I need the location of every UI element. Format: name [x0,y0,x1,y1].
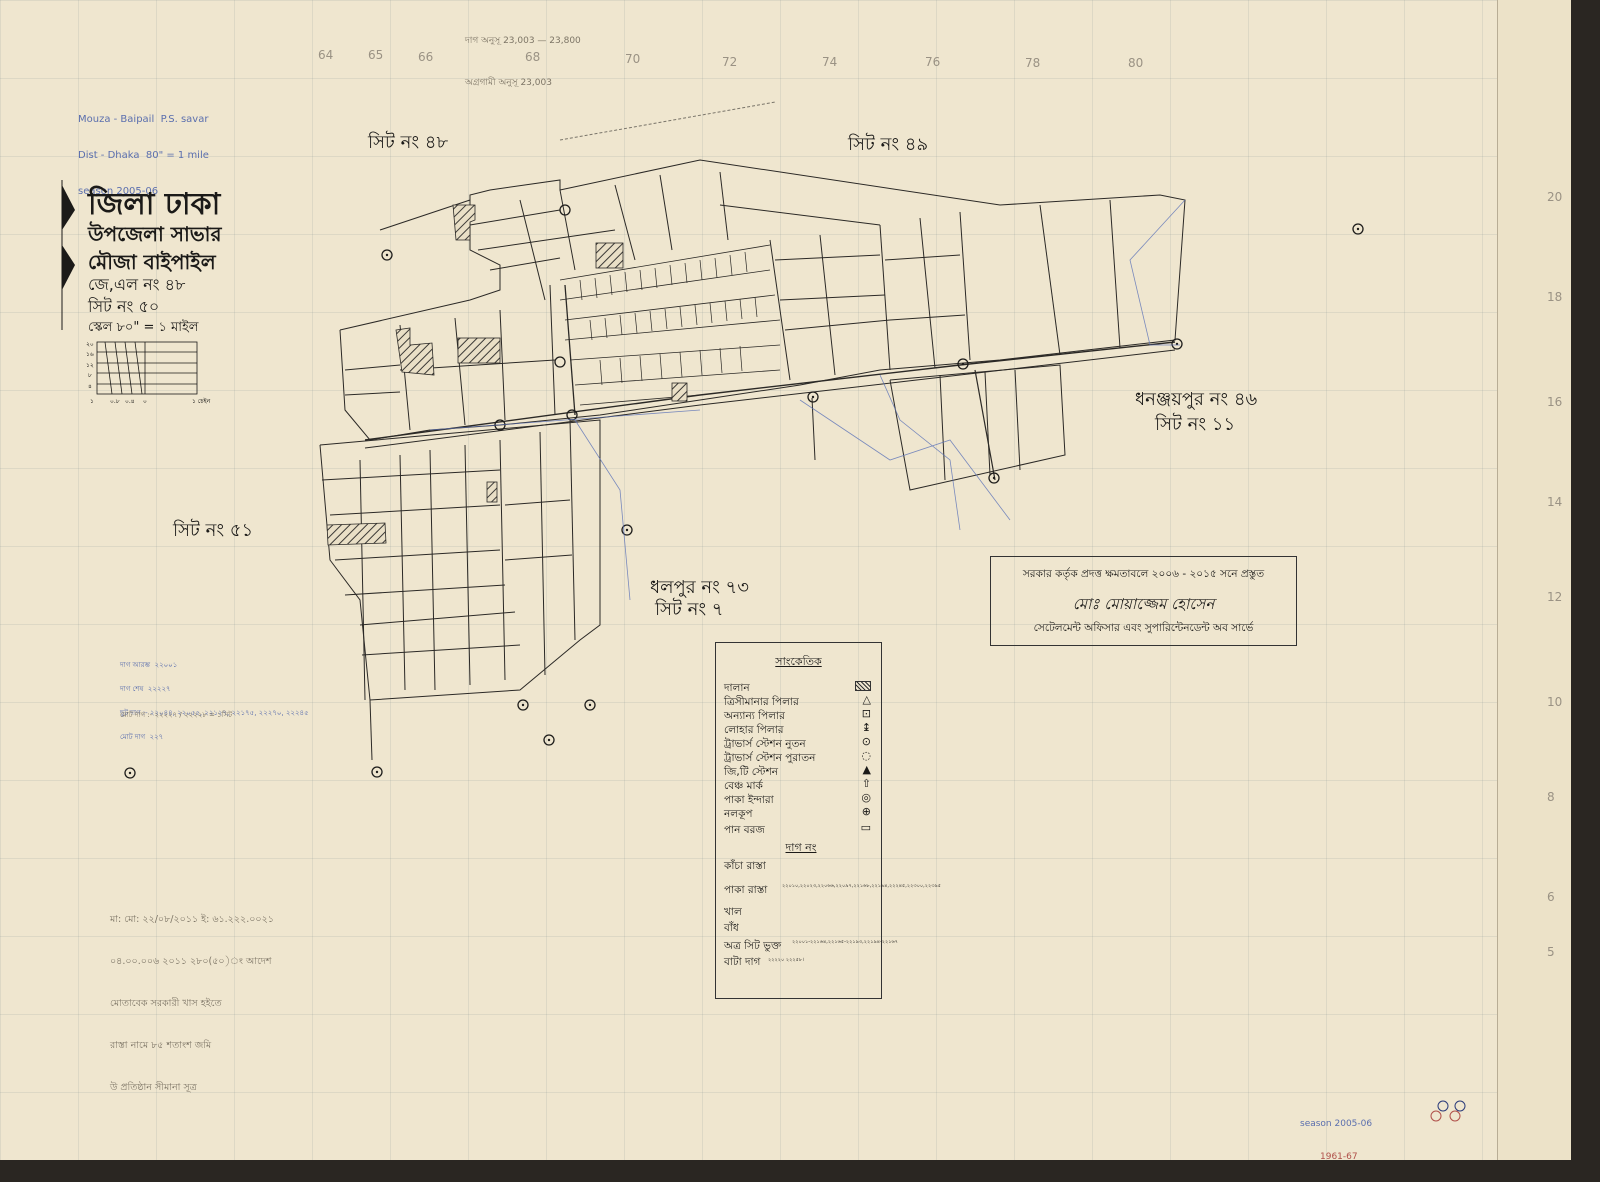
plot-number-header: দাগ নং [756,839,846,858]
hatched-building-icon [855,681,871,691]
sheet-number: সিট নং ৫০ [88,294,159,321]
season-text: season 2005-06 [1300,1119,1372,1130]
top-pencil-notes: দাগ অনুসূ 23,003 — 23,800 অগ্রগামী অনুসূ… [465,6,581,118]
plot-summary-notes: দাগ আরম্ভ ২২০০১ দাগ শেষ ২২২২৭ ছুট দাগ :-… [120,645,309,757]
bata-dag-plots: ২২২২০ ২২২৫৮। [768,957,828,964]
scale-x-tick: ০ [143,396,147,407]
year-range-text: 1961-67 [1300,1152,1372,1163]
map-scale: স্কেল ৮০" = ১ মাইল [88,318,199,339]
certificate-box: সরকার কর্তৃক প্রদত্ত ক্ষমতাবলে ২০০৬ - ২০… [990,556,1297,646]
note-line: উ প্রতিষ্ঠান সীমানা সূত্র [110,1081,274,1095]
note-line: মোতাবেক সরকারী খাস হইতে [110,997,274,1011]
note-line: রাস্তা নামে ৮৫ শতাংশ জমি [110,1039,274,1053]
annotation-line: Dist - Dhaka 80" = 1 mile [78,150,209,162]
grid-tick: 74 [822,55,837,69]
note-line: দাগ শেষ ২২২২৭ [120,685,309,693]
scale-x-tick: ১ [90,396,94,407]
pucca-road-plots: ২২০১০,২২০২৩,২২০৬৬,২২০৯৭,২২১৬৮,২২১৯৪,২২২৪… [782,883,877,890]
grid-tick: 72 [722,55,737,69]
triangle-icon: △ [863,693,871,706]
note-line: মা: মো: ২২/০৮/২০১১ ই: ৬১.২২২.০০২১ [110,913,274,927]
grid-tick: 6 [1547,890,1555,904]
season-stamp: season 2005-06 1961-67 [1300,1097,1372,1182]
grid-tick: 5 [1547,945,1555,959]
legend-item-canal: খাল [724,905,742,922]
grid-tick: 80 [1128,56,1143,70]
filled-triangle-icon: ▲ [863,763,871,776]
legend-item-bata-dag: বাটা দাগ [724,955,760,972]
pencil-note: অগ্রগামী অনুসূ 23,003 [465,76,581,90]
bench-mark-icon: ⇧ [862,777,871,790]
grid-tick: 78 [1025,56,1040,70]
this-sheet-plots: ২২০০১-২২১৬৪,২২১৬৫-২২১৯৩,২২১৯৪-২২১৬৭ [792,939,877,946]
certificate-line1: সরকার কর্তৃক প্রদত্ত ক্ষমতাবলে ২০০৬ - ২০… [991,567,1296,584]
adjacent-mouza-dhanjoypur-sheet: সিট নং ১১ [1155,410,1235,441]
legend-item-tubewell: নলকূপ [724,807,753,824]
circle-cross-icon: ⊕ [862,805,871,818]
grid-tick: 70 [625,52,640,66]
adjacent-sheet-49: সিট নং ৪৯ [848,130,928,161]
adjacent-sheet-48: সিট নং ৪৮ [368,128,448,159]
double-circle-icon: ◎ [861,791,871,804]
circle-dot-icon: ⊙ [862,735,871,748]
grid-tick: 65 [368,48,383,62]
dotted-square-icon: ⊡ [862,707,871,720]
grid-tick: 8 [1547,790,1555,804]
legend-item-betel-garden: পান বরজ [724,823,765,840]
annotation-line: Mouza - Baipail P.S. savar [78,114,209,126]
certificate-signature: মোঃ মোয়াজ্জেম হোসেন [991,593,1296,618]
note-line: মোট দাগ ২২৭ [120,733,309,741]
legend-box: সাংকেতিক দালান ত্রিসীমানার পিলার △ অন্যা… [715,642,882,999]
grid-tick: 14 [1547,495,1562,509]
scale-y-tick: ৮ [88,370,92,381]
pencil-note: দাগ অনুসূ 23,003 — 23,800 [465,34,581,48]
legend-title: সাংকেতিক [716,653,881,672]
plot-ratio-note: মোট দাগ :- ২২২২৭ / ২২২২৮ = ১সিট [120,708,232,722]
legend-item-kacha-road: কাঁচা রাস্তা [724,859,766,876]
cadastral-map-sheet: 64 65 66 68 70 72 74 76 78 80 20 18 16 1… [0,0,1570,1160]
betel-garden-icon: ▭ [861,821,871,834]
grid-tick: 66 [418,50,433,64]
note-line: ০৪.০০.০০৬ ২০১১ ২৮০(৫০)ং আদেশ [110,955,274,969]
scale-x-tick: ০.৮ [110,396,120,407]
handwritten-order-note: মা: মো: ২২/০৮/২০১১ ই: ৬১.২২২.০০২১ ০৪.০০.… [110,885,274,1123]
grid-tick: 18 [1547,290,1562,304]
grid-tick: 16 [1547,395,1562,409]
legend-item-pucca-road: পাকা রাস্তা [724,883,767,900]
grid-tick: 64 [318,48,333,62]
grid-tick: 10 [1547,695,1562,709]
grid-tick: 12 [1547,590,1562,604]
scale-y-tick: ৪ [88,381,92,392]
adjacent-mouza-dhalpur-sheet: সিট নং ৭ [655,595,724,626]
adjacent-sheet-51: সিট নং ৫১ [173,516,253,547]
scale-y-tick: ১৬ [86,349,94,360]
grid-tick: 20 [1547,190,1562,204]
legend-item-embankment: বাঁধ [724,921,739,938]
note-line: দাগ আরম্ভ ২২০০১ [120,661,309,669]
certificate-line3: সেটেলমেন্ট অফিসার এবং সুপারিন্টেনডেন্ট অ… [991,621,1296,638]
legend-item-this-sheet: অত্র সিট ভুক্ত [724,939,781,956]
dashed-circle-icon: ◌ [861,749,871,762]
grid-tick: 76 [925,55,940,69]
scale-x-tick: ১ চেইন [192,396,210,407]
iron-pillar-icon: ↨ [862,721,871,734]
scale-x-tick: ০.৪ [125,396,135,407]
